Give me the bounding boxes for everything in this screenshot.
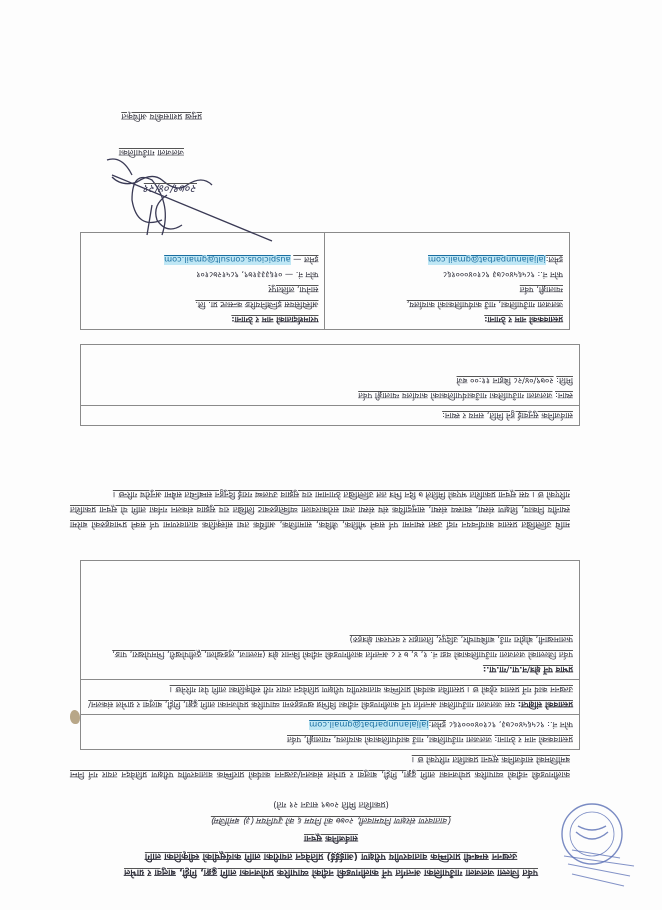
notice-heading-line1b: उत्खनन सम्बन्धी प्रारम्भिक वातावरणीय परी… <box>0 850 662 862</box>
handwritten-signature-icon <box>62 115 282 245</box>
affected-area-row: प्रभाव पर्ने क्षेत्र/न.पा./गा.पा.: पर्वत… <box>81 630 579 679</box>
contact-proponent-line1: जलजला गाउँपालिका, गाउँ कार्यपालिकाको कार… <box>332 297 564 312</box>
hearing-details: स्थान: जलजला गाउँपालिका गाउँकार्यपालिकाक… <box>81 371 579 405</box>
contact-consultant-line2: सानेपा, ललितपुर <box>87 282 319 297</box>
proponent-label: प्रस्तावकको नाम र ठेगाना: <box>494 735 573 745</box>
body-paragraph: माथि उल्लिखित प्रस्ताव कार्यान्वयन गर्दा… <box>70 487 570 532</box>
contact-proponent-phone: ९८५६५४०८७३ ९८१०४०००१६८ <box>443 270 535 280</box>
proposal-label: प्रस्तावको संक्षिप्त: <box>518 700 573 710</box>
proponent-email-link[interactable]: jaljalanunparbat@gmail.com <box>309 720 428 730</box>
hearing-place: जलजला गाउँपालिका गाउँकार्यपालिकाको कार्य… <box>358 391 552 401</box>
contact-proponent-label: प्रस्तावकको नाम र ठेगाना: <box>332 312 564 327</box>
signature-date: २०७९/०४/२१ <box>144 182 197 194</box>
public-hearing-box: सार्वजनिक सुनुवाई हुने मिति, समय र स्थान… <box>80 344 580 426</box>
contact-proponent-email-link[interactable]: jaljalanunparbat@gmail.com <box>428 255 546 265</box>
proponent-phone: ९८५६५४०८७३, ९८१०४०००१६८ <box>449 720 545 730</box>
notice-heading-rule: (वातावरण संरक्षण नियमावली, २०७७ को नियम … <box>0 814 662 826</box>
contact-proponent-phone-row: फोन नं.: ९८५६५४०८७३ ९८१०४०००१६८ <box>332 267 564 282</box>
contact-table: प्रस्तावकको नाम र ठेगाना: जलजला गाउँपालि… <box>80 232 570 330</box>
contact-proponent-email-row: इमेल:jaljalanunparbat@gmail.com <box>332 252 564 267</box>
signatory-office: जलजला गाउँपालिका <box>119 146 184 158</box>
proposal-text: यस जलजला गाउँपालिका अन्तर्गत पर्ने कालीग… <box>88 685 573 710</box>
proposal-row: प्रस्तावको संक्षिप्त: यस जलजला गाउँपालिक… <box>81 679 579 714</box>
affected-area-label: प्रभाव पर्ने क्षेत्र/न.पा./गा.पा.: <box>483 665 573 675</box>
contact-consultant-email-label: इमेल — <box>293 255 318 265</box>
proposal-info-box: प्रस्तावकको नाम र ठेगाना: जलजला गाउँपालि… <box>80 560 580 750</box>
contact-consultant: परामर्शदाताको नाम र ठेगाना: अस्पिसियस इन… <box>81 233 326 329</box>
scan-stain <box>70 710 80 724</box>
hearing-date: २०७९/०४/२८ बिहान ११:०० बजे <box>457 376 554 386</box>
notice-heading-title: सार्वजनिक सूचना <box>0 832 662 844</box>
scan-speck <box>279 817 282 820</box>
signatory-title: प्रमुख प्रशासकीय अधिकृत <box>121 111 202 123</box>
proponent-row: प्रस्तावकको नाम र ठेगाना: जलजला गाउँपालि… <box>81 714 579 749</box>
contact-consultant-phone: ०१६३३३१७९, ९८५१२७८१०१ <box>196 270 282 280</box>
contact-consultant-email-row: इमेल — auspicious.consult@gmail.com <box>87 252 319 267</box>
proponent-phone-label: फोन नं.: <box>547 720 573 730</box>
publish-date: (प्रकाशित मिति २०७९ साउन २१ गते) <box>0 798 662 810</box>
hearing-date-label: मिति: <box>556 376 573 386</box>
proponent-value: जलजला गाउँपालिका, गाउँ कार्यपालिकाको कार… <box>287 735 492 745</box>
contact-proponent-email-label: इमेल: <box>546 255 563 265</box>
contact-consultant-phone-label: फोन नं. — <box>285 270 319 280</box>
contact-consultant-line1: अस्पिसियस इन्जिनियरिङ कन्सल्ट प्रा. लि. <box>87 297 319 312</box>
scanned-notice-page: पर्वत जिल्ला जलजला गाउँपालिका अन्तर्गत प… <box>0 0 662 910</box>
proponent-email-label: इमेल: <box>429 720 446 730</box>
hearing-label: सार्वजनिक सुनुवाई हुने मिति, समय र स्थान… <box>81 405 579 425</box>
contact-proponent-phone-label: फोन नं.: <box>538 270 564 280</box>
contact-consultant-label: परामर्शदाताको नाम र ठेगाना: <box>87 312 319 327</box>
contact-proponent-line2: ग्यालाङ्गी, पर्वत <box>332 282 564 297</box>
notice-heading-line1: पर्वत जिल्ला जलजला गाउँपालिका अन्तर्गत प… <box>0 866 662 878</box>
hearing-place-label: स्थान: <box>555 391 573 401</box>
contact-consultant-email-link[interactable]: auspicious.consult@gmail.com <box>164 255 290 265</box>
affected-area-text: पर्वत जिल्लाको जलजला गाउँपालिकाको वडा नं… <box>112 635 573 660</box>
contact-consultant-phone-row: फोन नं. — ०१६३३३१७९, ९८५१२७८१०१ <box>87 267 319 282</box>
intro-paragraph: कालीगण्डकी नदीको व्यापारिक प्रयोजनका लाग… <box>70 752 570 782</box>
contact-proponent: प्रस्तावकको नाम र ठेगाना: जलजला गाउँपालि… <box>326 233 570 329</box>
